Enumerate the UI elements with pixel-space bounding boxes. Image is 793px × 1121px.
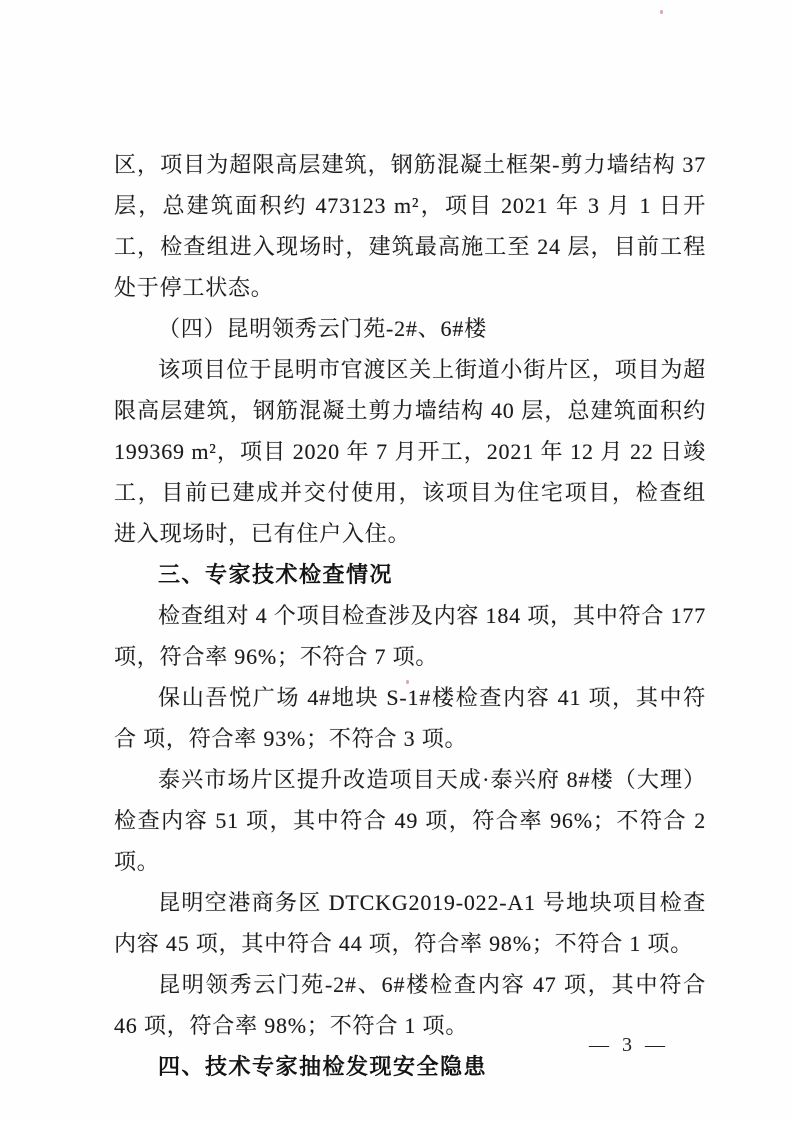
scan-artifact-speck: [660, 10, 663, 14]
paragraph-project3-continuation: 区，项目为超限高层建筑，钢筋混凝土框架-剪力墙结构 37 层，总建筑面积约 47…: [114, 144, 706, 308]
page-number: — 3 —: [589, 1034, 669, 1057]
subsection-heading-project4: （四）昆明领秀云门苑-2#、6#楼: [114, 308, 706, 349]
document-body: 区，项目为超限高层建筑，钢筋混凝土框架-剪力墙结构 37 层，总建筑面积约 47…: [114, 144, 706, 1087]
paragraph-konggang-results: 昆明空港商务区 DTCKG2019-022-A1 号地块项目检查内容 45 项，…: [114, 882, 706, 964]
paragraph-baoshan-results: 保山吾悦广场 4#地块 S-1#楼检查内容 41 项，其中符合 项，符合率 93…: [114, 677, 706, 759]
scanned-document-page: 区，项目为超限高层建筑，钢筋混凝土框架-剪力墙结构 37 层，总建筑面积约 47…: [0, 0, 793, 1121]
paragraph-overall-inspection-results: 检查组对 4 个项目检查涉及内容 184 项，其中符合 177 项，符合率 96…: [114, 595, 706, 677]
paragraph-taixing-results: 泰兴市场片区提升改造项目天成·泰兴府 8#楼（大理）检查内容 51 项，其中符合…: [114, 759, 706, 882]
section-heading-3-expert-inspection: 三、专家技术检查情况: [114, 554, 706, 595]
paragraph-project4-details: 该项目位于昆明市官渡区关上街道小街片区，项目为超限高层建筑，钢筋混凝土剪力墙结构…: [114, 349, 706, 554]
